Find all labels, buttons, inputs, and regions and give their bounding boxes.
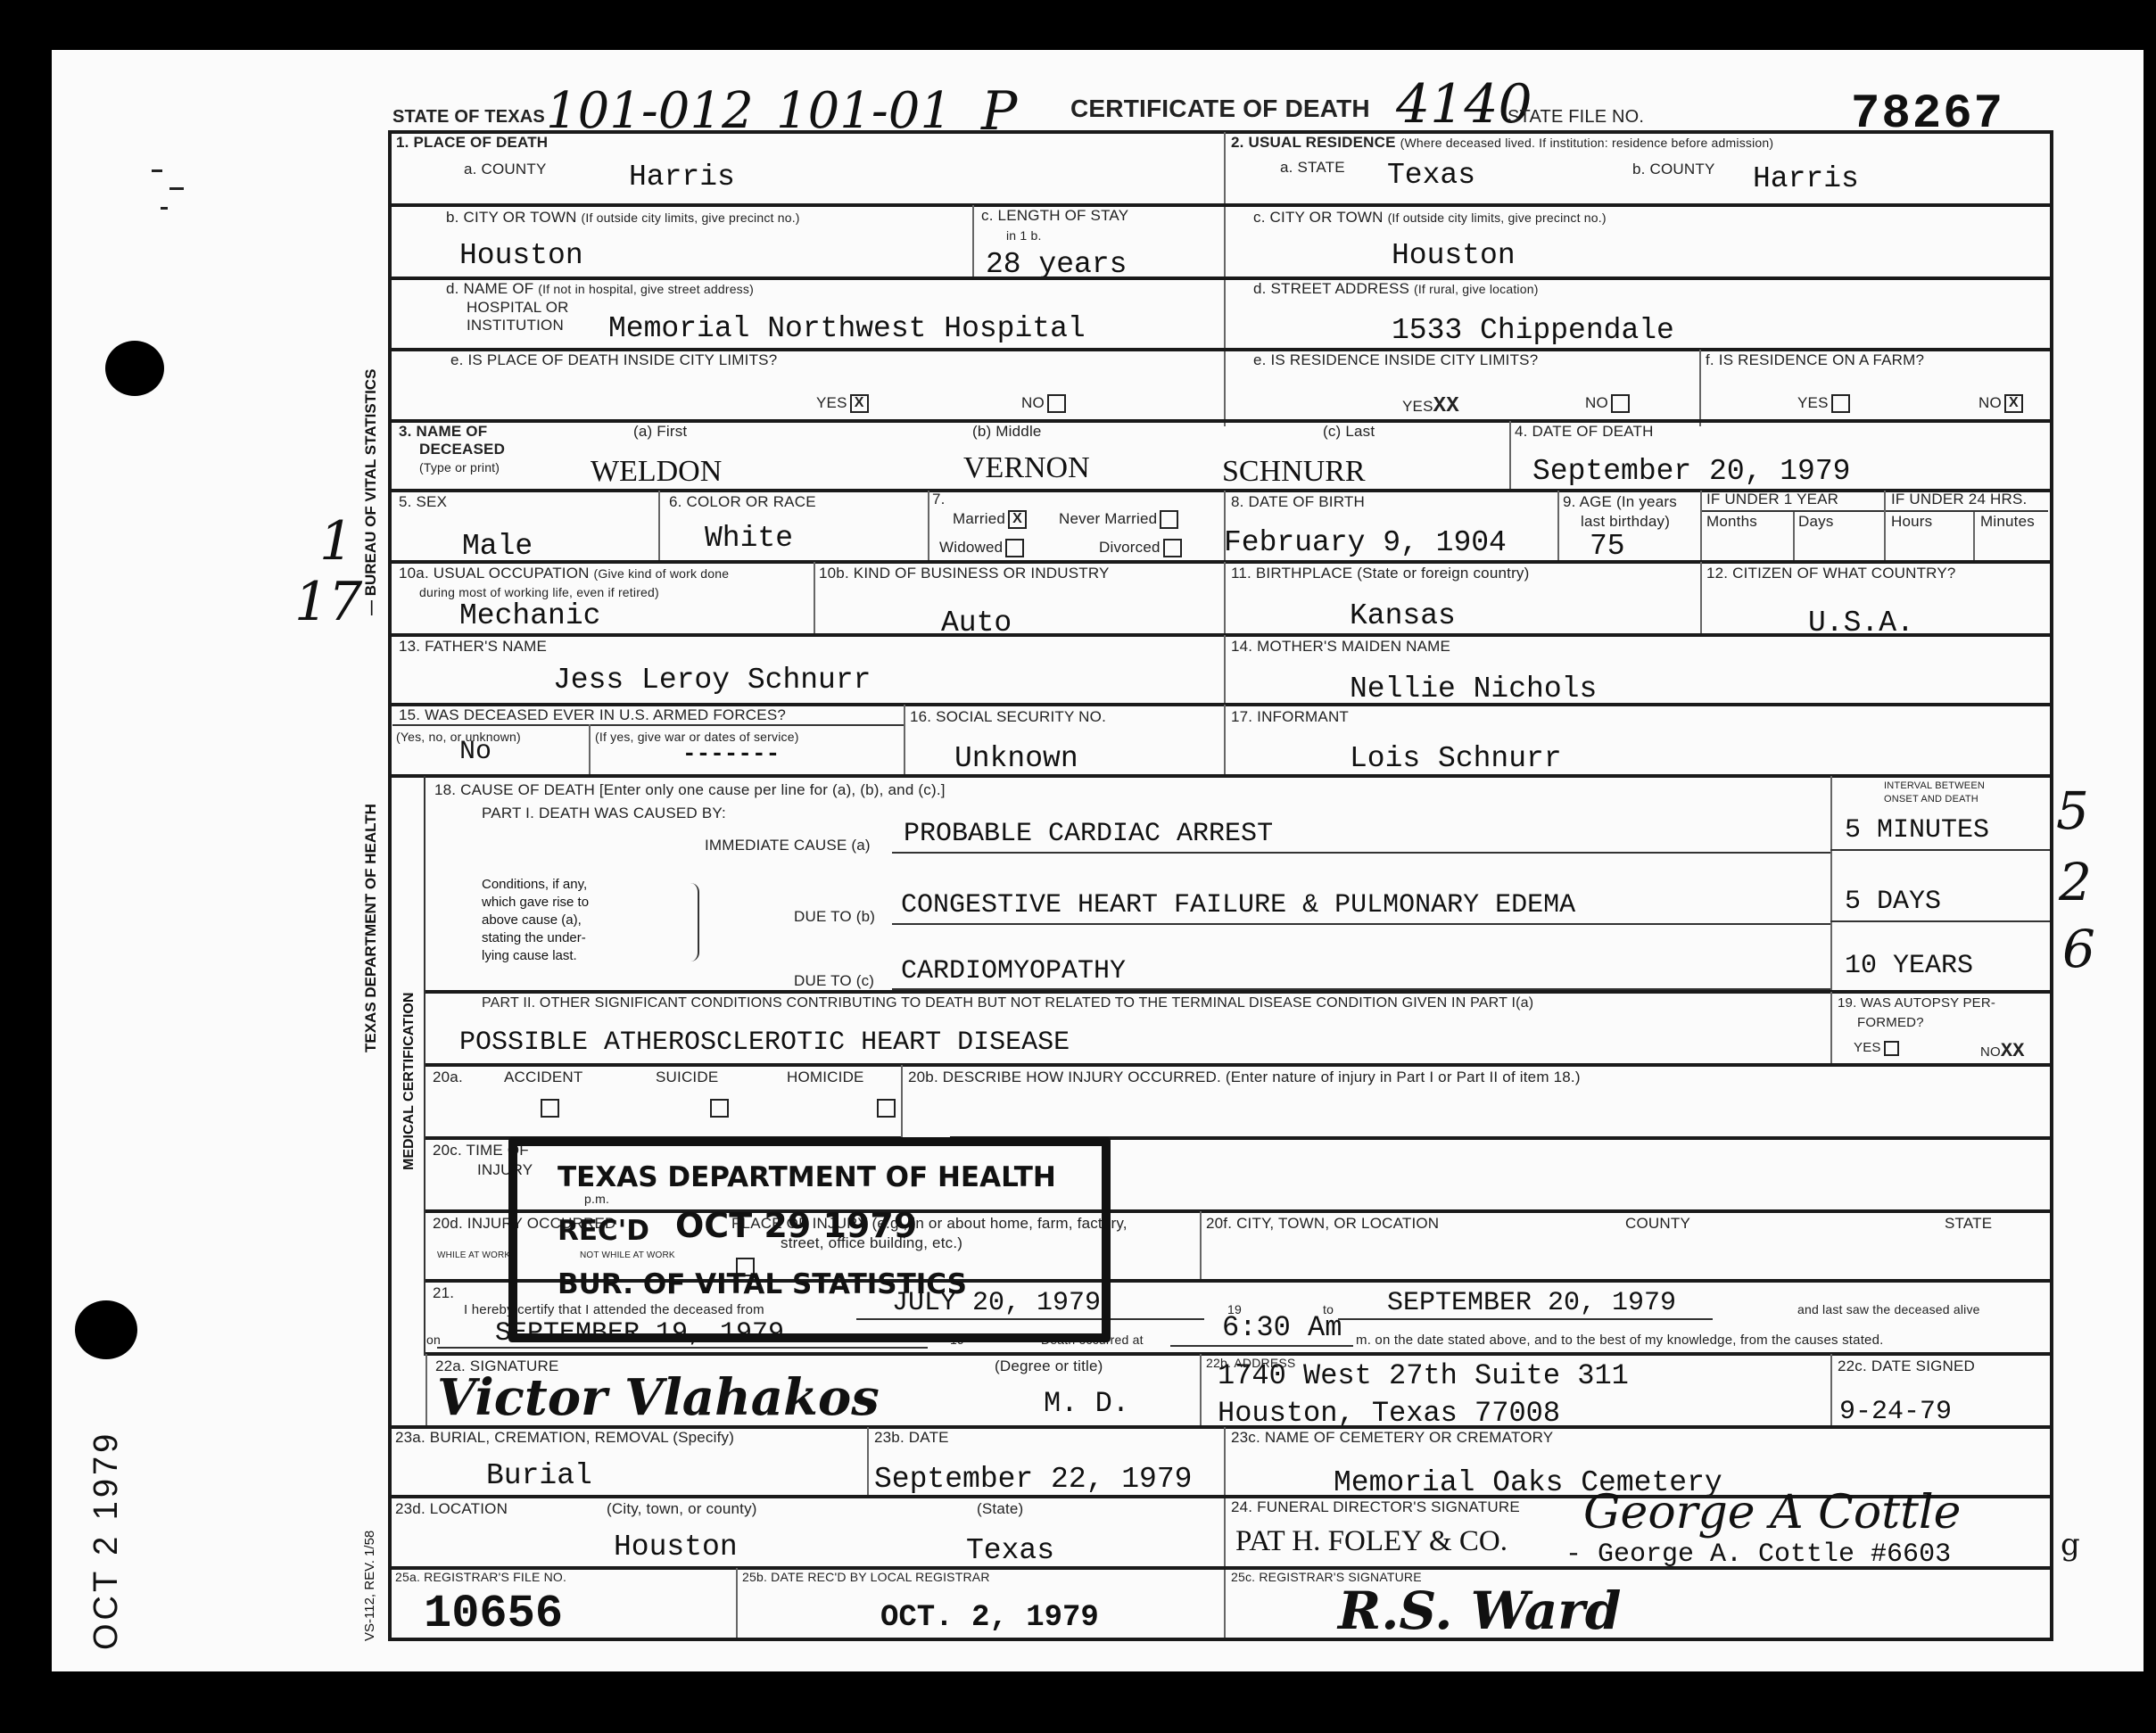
informant-value: Lois Schnurr (1350, 742, 1562, 775)
row-divider-1 (390, 203, 2051, 207)
name-label-2: DECEASED (419, 441, 505, 458)
address-divider (1200, 1354, 1202, 1427)
hospital-label: d. NAME OF (If not in hospital, give str… (446, 280, 754, 298)
no-label: NO (1021, 394, 1045, 411)
occupation-note: (Give kind of work done (594, 566, 730, 581)
row-divider-23d (390, 1566, 2051, 1570)
address-line-1: 1740 West 27th Suite 311 (1218, 1359, 1629, 1392)
residence-city-label-text: c. CITY OR TOWN (1253, 209, 1384, 226)
birthplace-label: 11. BIRTHPLACE (State or foreign country… (1231, 565, 1530, 582)
injury-state-label: STATE (1945, 1215, 1992, 1233)
race-divider (658, 491, 660, 562)
sex-label: 5. SEX (399, 493, 447, 511)
yes-label: YES (1797, 394, 1829, 411)
residence-county-label: b. COUNTY (1632, 161, 1714, 178)
degree-label: (Degree or title) (995, 1358, 1103, 1375)
autopsy-label-2: FORMED? (1857, 1015, 1924, 1030)
conditions-note: Conditions, if any, which gave rise to a… (482, 876, 589, 965)
farm-label: f. IS RESIDENCE ON A FARM? (1706, 351, 1924, 369)
days-divider (1793, 512, 1795, 562)
location-state-label: (State) (977, 1500, 1023, 1518)
armed-sub-divider (589, 724, 591, 774)
immediate-cause-line (892, 852, 1830, 854)
death-inside-limits-no[interactable]: NO (1021, 394, 1066, 413)
interval-label: INTERVAL BETWEEN (1884, 780, 1985, 791)
received-date-stamp: OCT 2 1979 (87, 1431, 126, 1650)
physician-signature: Victor Vlahakos (437, 1368, 880, 1427)
married-option[interactable]: MarriedX (953, 510, 1027, 529)
ssn-label: 16. SOCIAL SECURITY NO. (910, 708, 1106, 726)
occupation-label: 10a. USUAL OCCUPATION (Give kind of work… (399, 565, 729, 582)
marital-divider (928, 491, 929, 562)
state-file-label: STATE FILE NO. (1508, 107, 1644, 128)
signature-left-divider (425, 1354, 427, 1427)
side-label-department: TEXAS DEPARTMENT OF HEALTH (362, 804, 380, 1052)
death-city-note: (If outside city limits, give precinct n… (582, 210, 800, 225)
never-married-option[interactable]: Never Married (1059, 510, 1178, 529)
date-of-death-value: September 20, 1979 (1532, 455, 1850, 488)
never-married-checkbox[interactable] (1160, 510, 1178, 529)
part1-label: PART I. DEATH WAS CAUSED BY: (482, 805, 726, 822)
interval-b-value: 5 DAYS (1845, 887, 1941, 917)
death-city-label: b. CITY OR TOWN (If outside city limits,… (446, 209, 800, 227)
death-inside-limits-yes[interactable]: YESX (816, 394, 869, 413)
disposition-date-divider (867, 1427, 869, 1497)
hospital-note: (If not in hospital, give street address… (538, 282, 754, 296)
residence-inside-no[interactable]: NO (1585, 394, 1630, 413)
describe-injury-label: 20b. DESCRIBE HOW INJURY OCCURRED. (Ente… (908, 1069, 1581, 1086)
death-county-label: a. COUNTY (464, 161, 546, 178)
punch-hole-top (105, 341, 164, 396)
married-checkbox[interactable]: X (1008, 510, 1027, 529)
homicide-label: HOMICIDE (787, 1069, 864, 1086)
mother-divider (1224, 635, 1226, 703)
stay-divider (972, 205, 974, 276)
right-margin-g: g (2061, 1527, 2080, 1563)
stamp-line-1: TEXAS DEPARTMENT OF HEALTH (558, 1161, 1056, 1193)
under-labels-underline (1702, 510, 2048, 512)
occupation-label-text: 10a. USUAL OCCUPATION (399, 565, 590, 582)
interval-label-2: ONSET AND DEATH (1884, 794, 1978, 805)
immediate-cause-value: PROBABLE CARDIAC ARREST (904, 819, 1273, 849)
middle-name-value: VERNON (963, 451, 1090, 485)
age-label: 9. AGE (In years (1563, 493, 1677, 511)
due-to-c-value: CARDIOMYOPATHY (901, 956, 1126, 986)
business-divider (814, 562, 815, 633)
form-left-border (388, 130, 392, 1639)
registrar-date-label: 25b. DATE REC'D BY LOCAL REGISTRAR (742, 1570, 990, 1584)
residence-city-note: (If outside city limits, give precinct n… (1388, 210, 1607, 225)
punch-hole-bottom (75, 1300, 137, 1359)
autopsy-no-mark[interactable]: XX (2001, 1040, 2025, 1062)
death-inside-yes-checkbox[interactable]: X (850, 394, 869, 413)
ssn-divider (904, 705, 905, 774)
cause-section-label: 18. CAUSE OF DEATH [Enter only one cause… (434, 781, 946, 799)
occupation-note-2: during most of working life, even if ret… (419, 585, 659, 599)
disposition-location-label: 23d. LOCATION (395, 1500, 508, 1518)
death-city-label-text: b. CITY OR TOWN (446, 209, 577, 226)
margin-handwritten-top: 1 (319, 510, 353, 573)
describe-divider (901, 1065, 903, 1138)
mother-value: Nellie Nichols (1350, 673, 1597, 706)
funeral-director-name: - George A. Cottle #6603 (1565, 1539, 1951, 1570)
yes-label: YES (1402, 398, 1433, 415)
location-city-label: (City, town, or county) (607, 1500, 757, 1518)
form-right-border (2050, 130, 2053, 1639)
farm-divider (1699, 350, 1701, 426)
hospital-label-3: INSTITUTION (467, 317, 564, 334)
hours-divider (1884, 491, 1886, 562)
row-divider-part2 (425, 1063, 2051, 1067)
widowed-option[interactable]: Widowed (939, 539, 1024, 557)
first-name-label: (a) First (633, 423, 687, 441)
interval-divider (1830, 776, 1832, 990)
registrar-date-value: OCT. 2, 1979 (880, 1601, 1099, 1635)
armed-forces-dates: ------- (682, 740, 780, 767)
death-time-value: 6:30 Am (1222, 1311, 1342, 1344)
hours-label: Hours (1891, 513, 1932, 531)
margin-handwritten-bottom: 17 (294, 571, 362, 633)
residence-city-value: Houston (1392, 239, 1516, 272)
while-at-work-label: WHILE AT WORK (437, 1250, 510, 1260)
margin-tick-marks (152, 161, 205, 214)
residence-state-label: a. STATE (1280, 159, 1345, 177)
residence-label: 2. USUAL RESIDENCE (1231, 134, 1396, 151)
armed-forces-sub-1: (Yes, no, or unknown) (396, 730, 521, 744)
interval-b-line (1830, 920, 2050, 922)
residence-state-value: Texas (1387, 159, 1475, 192)
side-label-medical-certification: MEDICAL CERTIFICATION (401, 993, 417, 1170)
right-margin-note-2: 2 (2059, 852, 2092, 912)
side-label-bureau: — BUREAU OF VITAL STATISTICS (362, 369, 380, 615)
sex-value: Male (462, 530, 533, 563)
immediate-cause-label: IMMEDIATE CAUSE (a) (705, 837, 871, 854)
armed-forces-value: No (459, 737, 492, 767)
street-value: 1533 Chippendale (1392, 314, 1674, 347)
disposition-date-label: 23b. DATE (874, 1429, 949, 1447)
manner-label: 20a. (433, 1069, 463, 1086)
date-signed-label: 22c. DATE SIGNED (1838, 1358, 1975, 1375)
registrar-signature: R.S. Ward (1338, 1580, 1621, 1641)
divorced-label: Divorced (1099, 539, 1161, 556)
under-year-divider (1700, 491, 1702, 562)
cemetery-label: 23c. NAME OF CEMETERY OR CREMATORY (1231, 1429, 1553, 1447)
farm-yes-checkbox[interactable] (1831, 394, 1850, 413)
middle-name-label: (b) Middle (972, 423, 1042, 441)
no-label: NO (1980, 1044, 2001, 1060)
days-label: Days (1798, 513, 1834, 531)
certification-closing: m. on the date stated above, and to the … (1356, 1333, 1884, 1348)
widowed-label: Widowed (939, 539, 1003, 556)
attended-to-line (1338, 1318, 1713, 1320)
no-label: NO (1585, 394, 1608, 411)
business-label: 10b. KIND OF BUSINESS OR INDUSTRY (819, 565, 1110, 582)
part2-value: POSSIBLE ATHEROSCLEROTIC HEART DISEASE (459, 1027, 1070, 1058)
conditions-note-line: Conditions, if any, (482, 876, 589, 894)
autopsy-yes[interactable]: YES (1854, 1040, 1899, 1056)
due-to-b-value: CONGESTIVE HEART FAILURE & PULMONARY EDE… (901, 890, 1575, 920)
informant-divider (1224, 705, 1226, 774)
disposition-method-label: 23a. BURIAL, CREMATION, REMOVAL (Specify… (395, 1429, 734, 1447)
hospital-value: Memorial Northwest Hospital (608, 312, 1086, 345)
divorced-option[interactable]: Divorced (1099, 539, 1182, 557)
stamp-line-2-date: OCT 29 1979 (675, 1206, 917, 1245)
funeral-director-signature: George A Cottle (1583, 1486, 1961, 1539)
age-label-2: last birthday) (1581, 513, 1670, 531)
autopsy-no[interactable]: NOXX (1980, 1040, 2025, 1062)
right-margin-note-3: 6 (2062, 919, 2095, 979)
first-name-value: WELDON (591, 455, 722, 489)
hospital-label-text: d. NAME OF (446, 280, 533, 297)
injury-location-label: 20f. CITY, TOWN, OR LOCATION (1206, 1215, 1439, 1233)
length-of-stay-label: c. LENGTH OF STAY (981, 207, 1128, 225)
armed-forces-label: 15. WAS DECEASED EVER IN U.S. ARMED FORC… (399, 706, 786, 724)
death-county-value: Harris (629, 161, 735, 194)
age-value: 75 (1590, 530, 1625, 563)
never-married-label: Never Married (1059, 510, 1157, 527)
row-divider-cause (425, 990, 2051, 994)
autopsy-divider (1830, 992, 1832, 1065)
minutes-divider (1973, 512, 1975, 562)
ssn-value: Unknown (954, 742, 1078, 775)
farm-no-checkbox[interactable]: X (2004, 394, 2023, 413)
hospital-label-2: HOSPITAL OR (467, 299, 569, 317)
degree-value: M. D. (1044, 1387, 1129, 1420)
disposition-method-value: Burial (486, 1459, 592, 1492)
father-label: 13. FATHER'S NAME (399, 638, 547, 656)
widowed-checkbox[interactable] (1005, 539, 1024, 557)
residence-inside-limits-label: e. IS RESIDENCE INSIDE CITY LIMITS? (1253, 351, 1538, 369)
row-divider-7 (390, 633, 2051, 637)
attended-to-date: SEPTEMBER 20, 1979 (1387, 1288, 1676, 1318)
yes-label: YES (816, 394, 847, 411)
armed-forces-underline (392, 724, 904, 726)
farm-no[interactable]: NOX (1978, 394, 2023, 413)
months-label: Months (1706, 513, 1757, 531)
accident-label: ACCIDENT (504, 1069, 583, 1086)
conditions-note-line: above cause (a), (482, 912, 589, 929)
residence-note: (Where deceased lived. If institution: r… (1400, 136, 1774, 150)
injury-county-label: COUNTY (1625, 1215, 1690, 1233)
row-divider-6 (390, 560, 2051, 564)
under-24-hours-label: IF UNDER 24 HRS. (1891, 491, 2027, 508)
due-to-b-line (892, 923, 1830, 925)
due-to-b-label: DUE TO (b) (794, 908, 875, 926)
interval-c-value: 10 YEARS (1845, 951, 1973, 981)
name-label: 3. NAME OF (399, 423, 487, 441)
disposition-date-value: September 22, 1979 (874, 1463, 1192, 1496)
funeral-home-value: PAT H. FOLEY & CO. (1235, 1525, 1508, 1558)
dod-divider (1509, 421, 1511, 489)
right-margin-note-1: 5 (2056, 780, 2089, 841)
conditions-note-line: lying cause last. (482, 947, 589, 965)
occupation-value: Mechanic (459, 599, 600, 632)
date-of-birth-label: 8. DATE OF BIRTH (1231, 493, 1365, 511)
last-seen-line (437, 1347, 928, 1349)
place-of-death-section-label: 1. PLACE OF DEATH (396, 134, 548, 152)
conditions-note-line: which gave rise to (482, 894, 589, 912)
residence-inside-no-checkbox[interactable] (1611, 394, 1630, 413)
street-label-text: d. STREET ADDRESS (1253, 280, 1409, 297)
death-time-line (1170, 1345, 1353, 1347)
last-name-label: (c) Last (1323, 423, 1375, 441)
death-inside-no-checkbox[interactable] (1047, 394, 1066, 413)
form-number: VS-112, REV. 1/58 (362, 1531, 377, 1641)
form-bottom-border (388, 1638, 2053, 1641)
location-state-value: Texas (966, 1534, 1054, 1567)
accident-checkbox[interactable] (541, 1099, 559, 1118)
on-label: on (426, 1333, 441, 1347)
state-label: STATE OF TEXAS (392, 107, 545, 128)
death-city-value: Houston (459, 239, 583, 272)
divorced-checkbox[interactable] (1163, 539, 1182, 557)
location-divider (1200, 1211, 1202, 1281)
street-note: (If rural, give location) (1414, 282, 1539, 296)
row-divider-20b (950, 1136, 2051, 1140)
certification-item-label: 21. (433, 1284, 454, 1302)
length-of-stay-sub: in 1 b. (1006, 228, 1042, 243)
funeral-director-label: 24. FUNERAL DIRECTOR'S SIGNATURE (1231, 1498, 1520, 1516)
registrar-file-value: 10656 (424, 1588, 563, 1640)
interval-a-line (1830, 849, 2050, 851)
autopsy-yes-checkbox[interactable] (1884, 1041, 1899, 1056)
residence-section-label: 2. USUAL RESIDENCE (Where deceased lived… (1231, 134, 1773, 152)
date-signed-value: 9-24-79 (1839, 1397, 1952, 1427)
street-label: d. STREET ADDRESS (If rural, give locati… (1253, 280, 1539, 298)
form-top-border (388, 130, 2052, 134)
last-saw-text: and last saw the deceased alive (1797, 1302, 1980, 1316)
conditions-note-line: stating the under- (482, 929, 589, 947)
registrar-file-label: 25a. REGISTRAR'S FILE NO. (395, 1570, 566, 1584)
no-label: NO (1978, 394, 2002, 411)
part2-label: PART II. OTHER SIGNIFICANT CONDITIONS CO… (482, 995, 1533, 1011)
farm-yes[interactable]: YES (1797, 394, 1850, 413)
name-label-3: (Type or print) (419, 460, 500, 475)
citizen-label: 12. CITIZEN OF WHAT COUNTRY? (1706, 565, 1956, 582)
interval-a-value: 5 MINUTES (1845, 815, 1989, 846)
suicide-label: SUICIDE (656, 1069, 718, 1086)
registrar-date-divider (736, 1568, 738, 1638)
residence-inside-yes[interactable]: YESXX (1402, 394, 1459, 418)
residence-city-label: c. CITY OR TOWN (If outside city limits,… (1253, 209, 1607, 227)
informant-label: 17. INFORMANT (1231, 708, 1349, 726)
cemetery-divider (1224, 1427, 1226, 1638)
marital-label: 7. (932, 491, 946, 508)
date-signed-divider (1830, 1354, 1832, 1427)
citizen-divider (1700, 562, 1702, 633)
suicide-checkbox[interactable] (710, 1099, 729, 1118)
due-to-c-label: DUE TO (c) (794, 972, 874, 990)
date-of-birth-value: February 9, 1904 (1224, 526, 1507, 559)
stamp-line-2-label: REC'D (558, 1215, 649, 1247)
autopsy-label: 19. WAS AUTOPSY PER- (1838, 995, 1995, 1011)
under-one-year-label: IF UNDER 1 YEAR (1706, 491, 1838, 508)
residence-inside-yes-mark[interactable]: XX (1433, 394, 1459, 418)
stamp-line-3: BUR. OF VITAL STATISTICS (558, 1268, 967, 1300)
residence-county-value: Harris (1753, 162, 1859, 195)
birthplace-divider (1224, 562, 1226, 633)
race-label: 6. COLOR OR RACE (669, 493, 816, 511)
location-city-value: Houston (614, 1531, 738, 1564)
conditions-brace-icon (687, 883, 699, 961)
race-value: White (705, 522, 793, 555)
father-value: Jess Leroy Schnurr (553, 664, 871, 697)
birthplace-value: Kansas (1350, 599, 1456, 632)
row-divider-9 (390, 774, 2051, 778)
certificate-title: CERTIFICATE OF DEATH (1070, 95, 1370, 123)
age-divider (1557, 491, 1559, 562)
minutes-label: Minutes (1980, 513, 2035, 531)
death-inside-limits-label: e. IS PLACE OF DEATH INSIDE CITY LIMITS? (450, 351, 777, 369)
yes-label: YES (1854, 1040, 1881, 1055)
homicide-checkbox[interactable] (877, 1099, 896, 1118)
last-name-value: SCHNURR (1222, 455, 1366, 489)
married-label: Married (953, 510, 1005, 527)
date-of-death-label: 4. DATE OF DEATH (1515, 423, 1654, 441)
mother-label: 14. MOTHER'S MAIDEN NAME (1231, 638, 1450, 656)
